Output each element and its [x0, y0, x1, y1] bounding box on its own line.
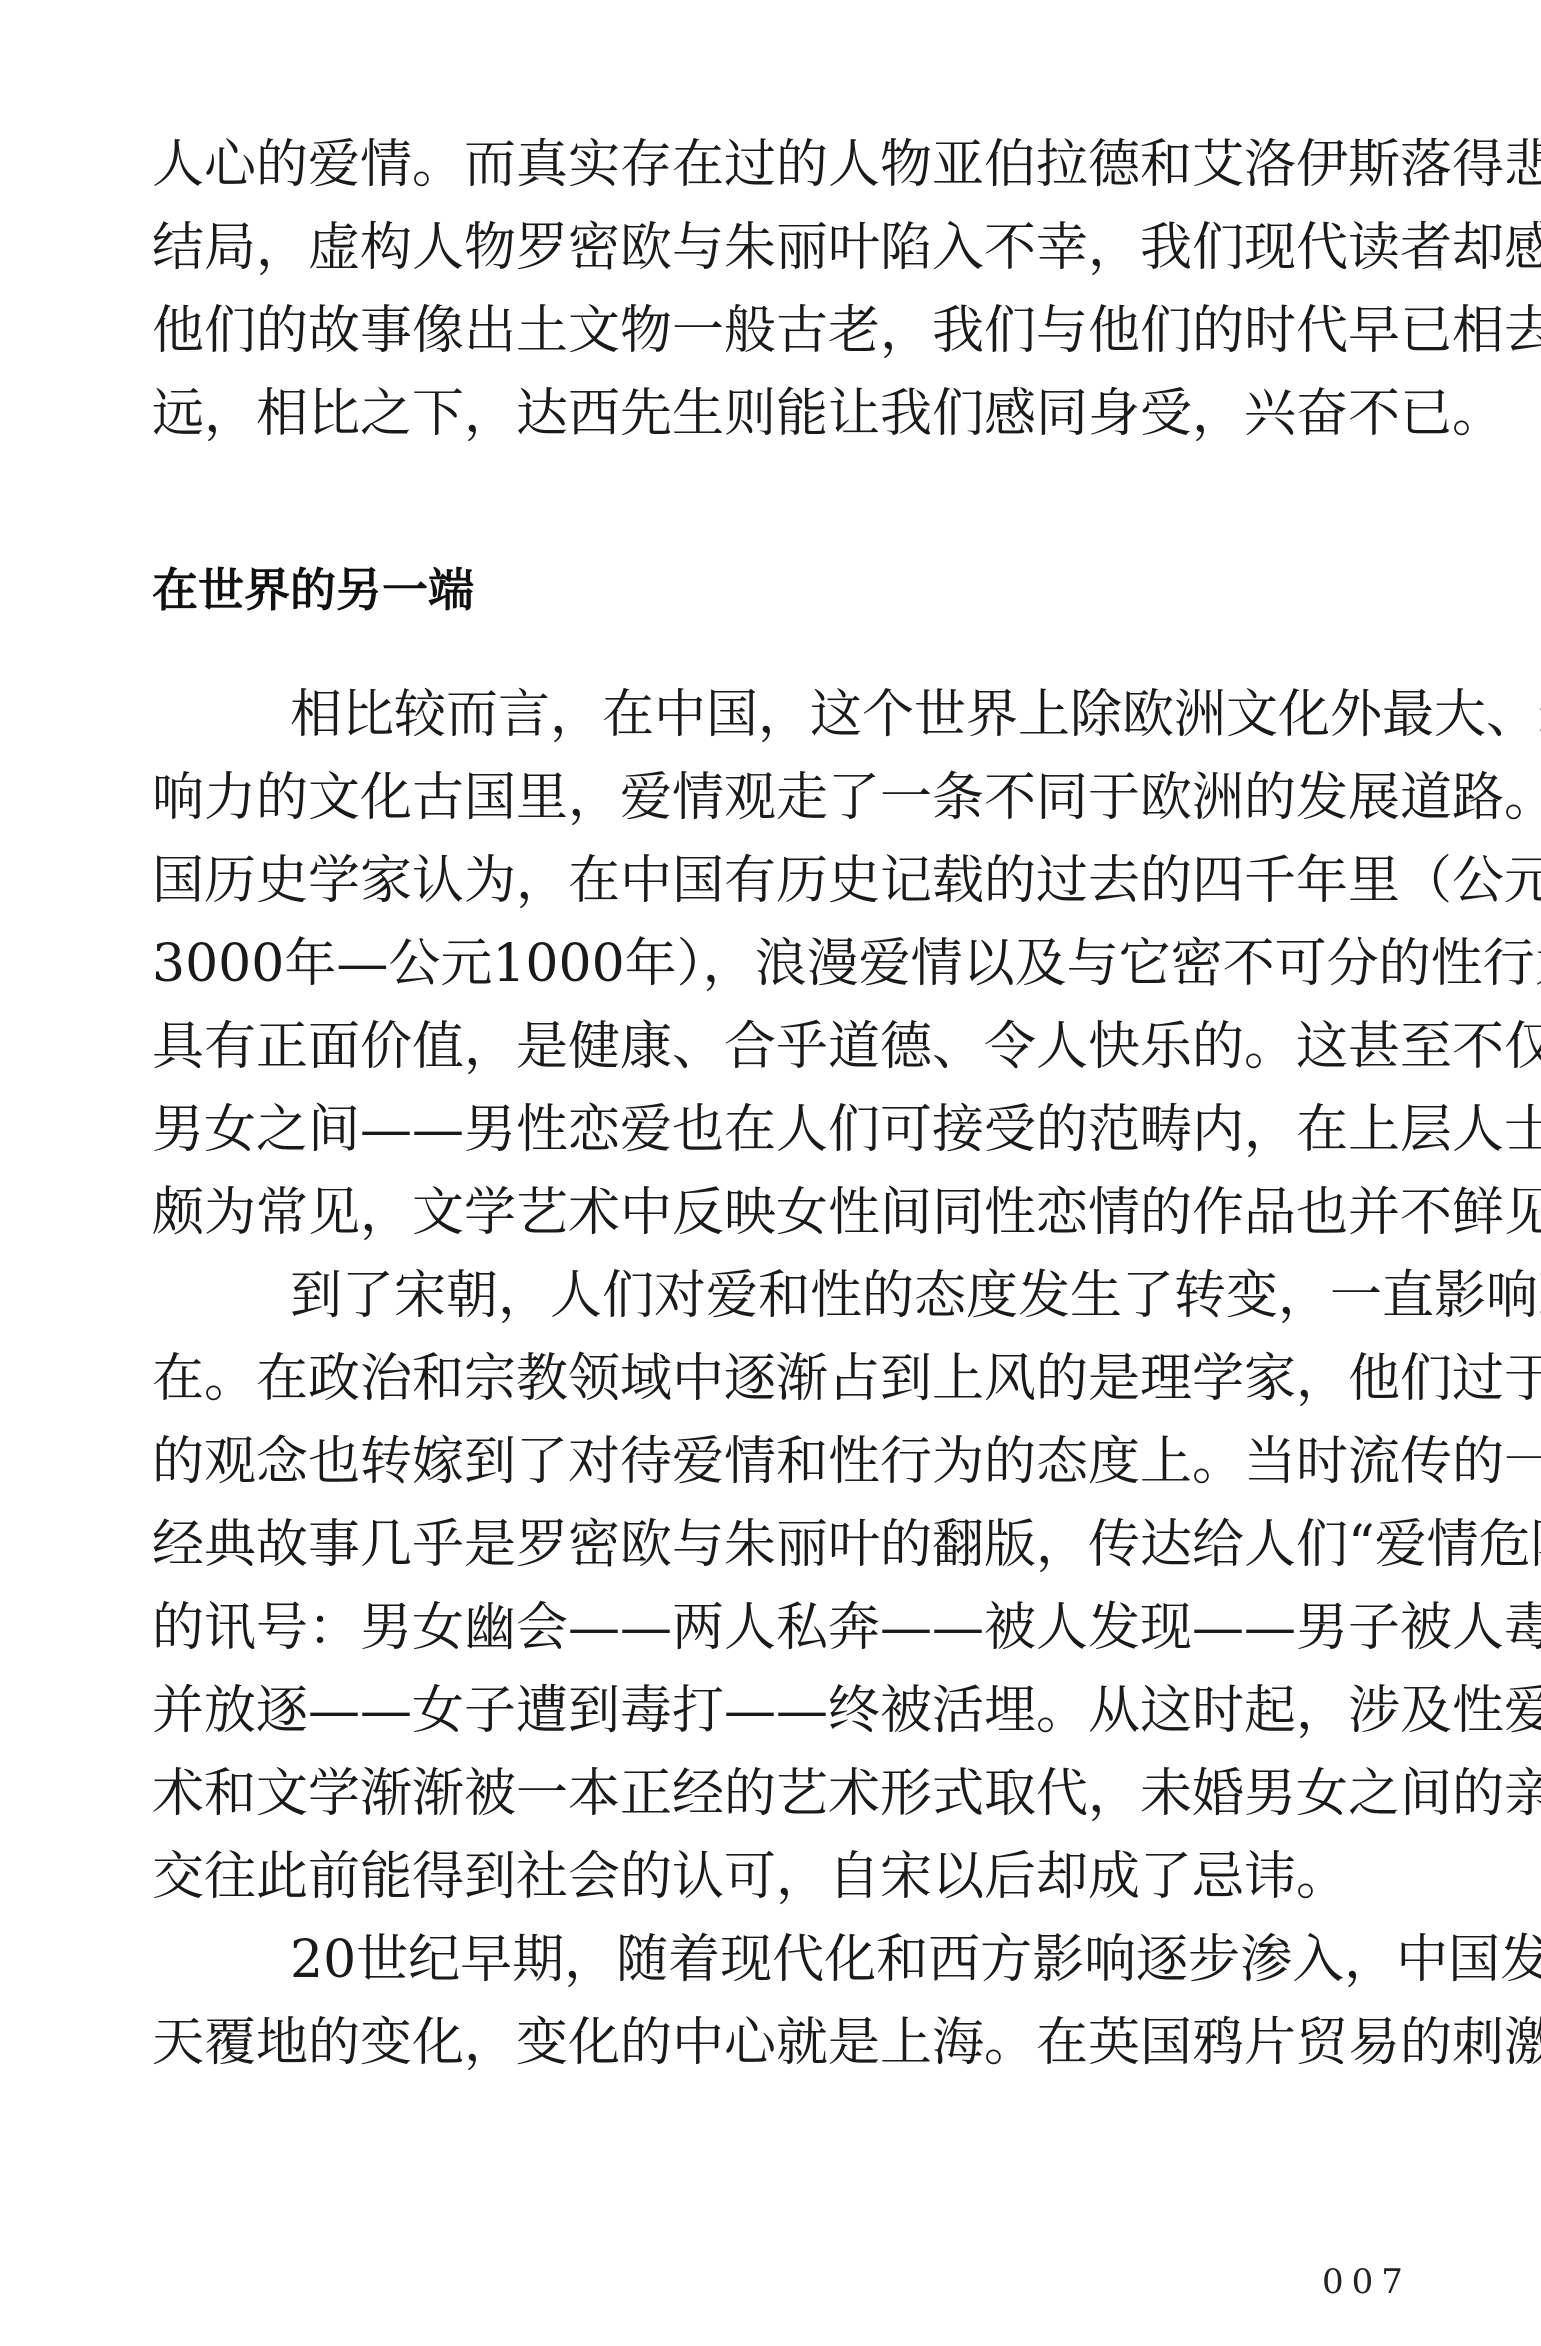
- text-line: 在。在政治和宗教领域中逐渐占到上风的是理学家，他们过于严肃: [152, 1344, 1396, 1414]
- text-line: 人心的爱情。而真实存在过的人物亚伯拉德和艾洛伊斯落得悲剧: [152, 130, 1396, 200]
- text-line: 经典故事几乎是罗密欧与朱丽叶的翻版，传达给人们“爱情危险”: [152, 1510, 1396, 1580]
- text-line: 交往此前能得到社会的认可，自宋以后却成了忌讳。: [152, 1842, 1396, 1912]
- text-line: 结局，虚构人物罗密欧与朱丽叶陷入不幸，我们现代读者却感到: [152, 213, 1396, 283]
- text-line: 远，相比之下，达西先生则能让我们感同身受，兴奋不已。: [152, 379, 1396, 449]
- page-number: 007: [1322, 2262, 1411, 2302]
- text-line: 20世纪早期，随着现代化和西方影响逐步渗入，中国发生了翻: [152, 1925, 1396, 1995]
- text-line: 男女之间——男性恋爱也在人们可接受的范畴内，在上层人士间: [152, 1095, 1396, 1165]
- text-line: 响力的文化古国里，爱情观走了一条不同于欧洲的发展道路。中: [152, 763, 1396, 833]
- text-line: 的讯号：男女幽会——两人私奔——被人发现——男子被人毒打: [152, 1593, 1396, 1663]
- text-line: 的观念也转嫁到了对待爱情和性行为的态度上。当时流传的一则: [152, 1427, 1396, 1497]
- text-line: 并放逐——女子遭到毒打——终被活埋。从这时起，涉及性爱的艺: [152, 1676, 1396, 1746]
- text-line: 他们的故事像出土文物一般古老，我们与他们的时代早已相去甚: [152, 296, 1396, 366]
- text-line: 天覆地的变化，变化的中心就是上海。在英国鸦片贸易的刺激下，: [152, 2008, 1396, 2078]
- text-line: 相比较而言，在中国，这个世界上除欧洲文化外最大、最有影: [152, 680, 1396, 750]
- text-line: 颇为常见，文学艺术中反映女性间同性恋情的作品也并不鲜见。: [152, 1178, 1396, 1248]
- section-heading: 在世界的另一端: [152, 560, 474, 620]
- scan-speck: [1438, 268, 1442, 271]
- text-line: 术和文学渐渐被一本正经的艺术形式取代，未婚男女之间的亲密: [152, 1759, 1396, 1829]
- text-line: 具有正面价值，是健康、合乎道德、令人快乐的。这甚至不仅限于: [152, 1012, 1396, 1082]
- text-line: 到了宋朝，人们对爱和性的态度发生了转变，一直影响到现: [152, 1261, 1396, 1331]
- text-line: 国历史学家认为，在中国有历史记载的过去的四千年里（公元前: [152, 846, 1396, 916]
- text-line: 3000年—公元1000年），浪漫爱情以及与它密不可分的性行为: [152, 929, 1396, 999]
